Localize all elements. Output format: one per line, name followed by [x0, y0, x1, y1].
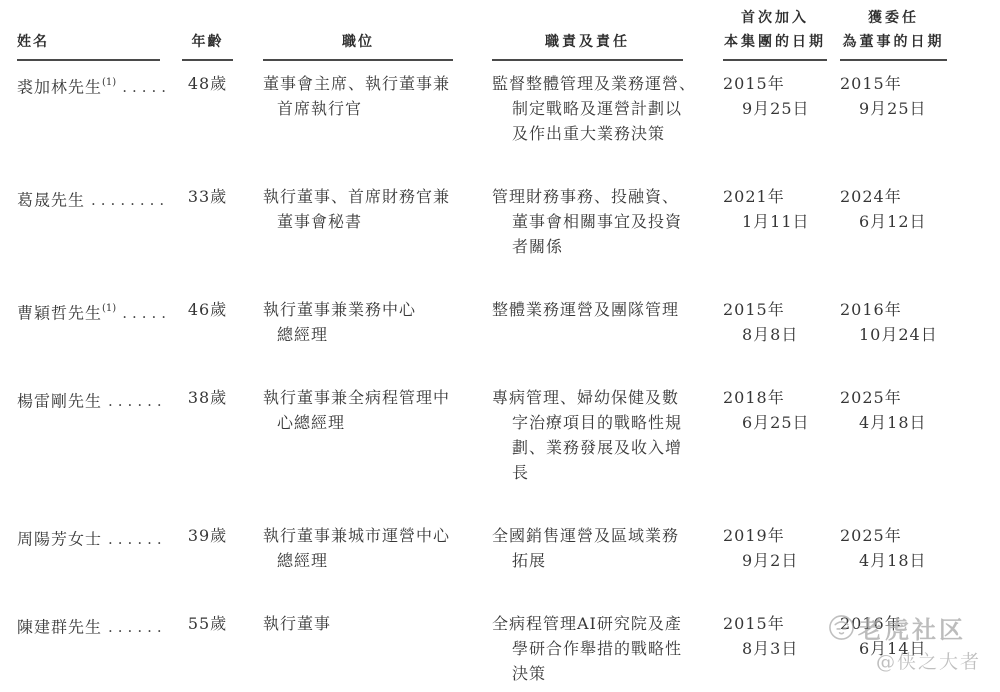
director-name: 楊雷剛先生...... [17, 385, 160, 485]
column-header-name: 姓名 [17, 30, 160, 61]
name-text: 葛晟先生 [17, 190, 85, 209]
director-age: 55歲 [182, 611, 233, 686]
director-position: 執行董事 [263, 611, 453, 686]
director-name: 葛晟先生........ [17, 184, 160, 259]
date-joined: 2018年6月25日 [723, 385, 827, 485]
footnote-ref: (1) [102, 77, 116, 88]
director-position: 執行董事兼全病程管理中心總經理 [263, 385, 453, 485]
director-position: 執行董事兼城市運營中心總經理 [263, 523, 453, 573]
dot-leader: ...... [108, 530, 167, 548]
table-row: 陳建群先生...... 55歲 執行董事 全病程管理AI研究院及產學研合作舉措的… [17, 611, 1000, 686]
table-body: 裘加林先生(1)..... 48歲 董事會主席、執行董事兼首席執行官 監督整體管… [17, 71, 1000, 686]
director-name: 曹穎哲先生(1)..... [17, 297, 160, 347]
director-position: 董事會主席、執行董事兼首席執行官 [263, 71, 453, 146]
director-age: 48歲 [182, 71, 233, 146]
name-text: 陳建群先生 [17, 617, 102, 636]
footnote-ref: (1) [102, 303, 116, 314]
director-duties: 整體業務運營及團隊管理 [492, 297, 683, 347]
column-header-position: 職位 [263, 30, 453, 61]
director-duties: 管理財務事務、投融資、董事會相關事宜及投資者關係 [492, 184, 683, 259]
date-appointed: 2025年4月18日 [840, 523, 947, 573]
table-row: 楊雷剛先生...... 38歲 執行董事兼全病程管理中心總經理 專病管理、婦幼保… [17, 385, 1000, 485]
director-name: 周陽芳女士...... [17, 523, 160, 573]
column-header-appointed: 獲委任為董事的日期 [840, 6, 947, 61]
dot-leader: ..... [122, 304, 171, 322]
date-joined: 2015年8月8日 [723, 297, 827, 347]
director-duties: 全病程管理AI研究院及產學研合作舉措的戰略性決策 [492, 611, 683, 686]
table-row: 曹穎哲先生(1)..... 46歲 執行董事兼業務中心總經理 整體業務運營及團隊… [17, 297, 1000, 347]
director-position: 執行董事兼業務中心總經理 [263, 297, 453, 347]
dot-leader: ........ [91, 191, 169, 209]
date-appointed: 2016年10月24日 [840, 297, 947, 347]
director-duties: 全國銷售運營及區域業務拓展 [492, 523, 683, 573]
column-header-age: 年齡 [182, 30, 233, 61]
director-age: 33歲 [182, 184, 233, 259]
date-joined: 2021年1月11日 [723, 184, 827, 259]
director-age: 39歲 [182, 523, 233, 573]
table-row: 裘加林先生(1)..... 48歲 董事會主席、執行董事兼首席執行官 監督整體管… [17, 71, 1000, 146]
column-header-joined: 首次加入本集團的日期 [723, 6, 827, 61]
name-text: 楊雷剛先生 [17, 391, 102, 410]
date-appointed: 2025年4月18日 [840, 385, 947, 485]
dot-leader: ...... [108, 392, 167, 410]
column-header-duties: 職責及責任 [492, 30, 683, 61]
date-appointed: 2015年9月25日 [840, 71, 947, 146]
name-text: 周陽芳女士 [17, 529, 102, 548]
name-text: 曹穎哲先生 [17, 303, 102, 322]
director-name: 裘加林先生(1)..... [17, 71, 160, 146]
director-duties: 專病管理、婦幼保健及數字治療項目的戰略性規劃、業務發展及收入增長 [492, 385, 683, 485]
director-duties: 監督整體管理及業務運營、制定戰略及運營計劃以及作出重大業務決策 [492, 71, 683, 146]
table-header: 姓名 年齡 職位 職責及責任 首次加入本集團的日期 獲委任為董事的日期 [17, 6, 1000, 61]
dot-leader: ..... [122, 78, 171, 96]
table-row: 周陽芳女士...... 39歲 執行董事兼城市運營中心總經理 全國銷售運營及區域… [17, 523, 1000, 573]
date-appointed: 2016年6月14日 [840, 611, 947, 686]
director-age: 46歲 [182, 297, 233, 347]
director-age: 38歲 [182, 385, 233, 485]
name-text: 裘加林先生 [17, 77, 102, 96]
date-joined: 2015年8月3日 [723, 611, 827, 686]
director-name: 陳建群先生...... [17, 611, 160, 686]
date-joined: 2015年9月25日 [723, 71, 827, 146]
director-position: 執行董事、首席財務官兼董事會秘書 [263, 184, 453, 259]
directors-table-page: 姓名 年齡 職位 職責及責任 首次加入本集團的日期 獲委任為董事的日期 裘加林先… [0, 0, 1000, 692]
date-joined: 2019年9月2日 [723, 523, 827, 573]
date-appointed: 2024年6月12日 [840, 184, 947, 259]
dot-leader: ...... [108, 618, 167, 636]
table-row: 葛晟先生........ 33歲 執行董事、首席財務官兼董事會秘書 管理財務事務… [17, 184, 1000, 259]
